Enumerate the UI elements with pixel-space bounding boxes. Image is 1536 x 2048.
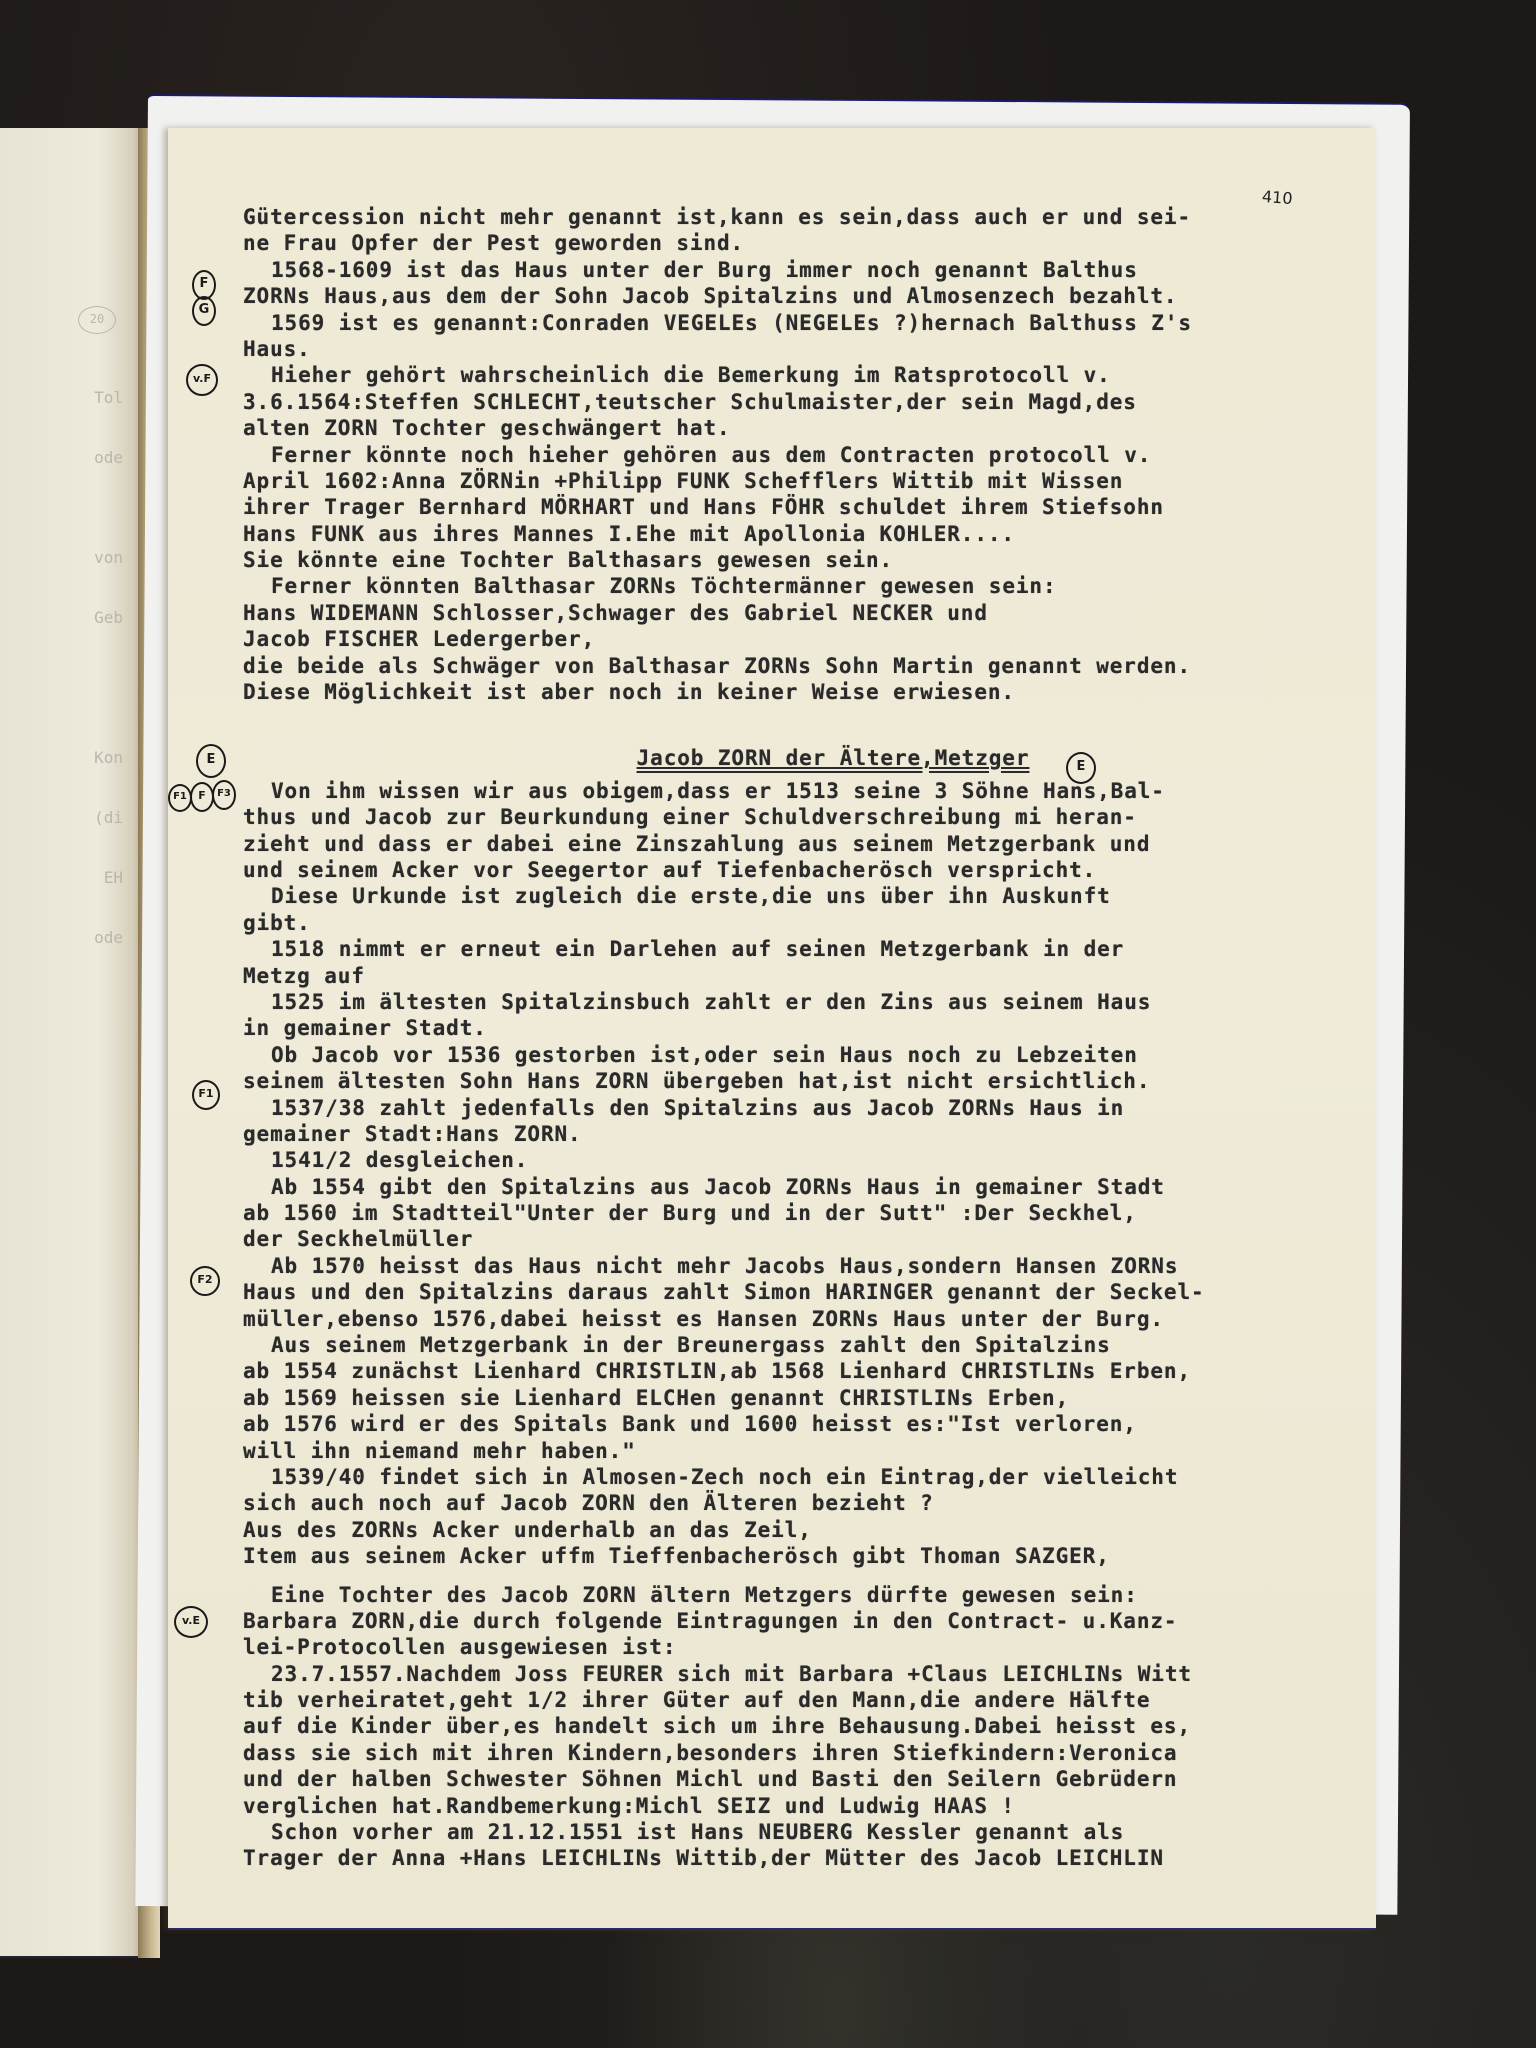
- text-line: Aus des ZORNs Acker underhalb an das Zei…: [243, 1517, 1383, 1543]
- text-line: will ihn niemand mehr haben.": [243, 1438, 1383, 1464]
- text-line: der Seckhelmüller: [243, 1226, 1383, 1252]
- text-line: seinem ältesten Sohn Hans ZORN übergeben…: [243, 1068, 1383, 1094]
- text-line: zieht und dass er dabei eine Zinszahlung…: [243, 831, 1383, 857]
- text-line: verglichen hat.Randbemerkung:Michl SEIZ …: [243, 1793, 1383, 1819]
- text-line: dass sie sich mit ihren Kindern,besonder…: [243, 1740, 1383, 1766]
- left-facing-page: Tol ode von Geb Kon (di EH ode 20: [0, 128, 145, 1958]
- text-line: 1539/40 findet sich in Almosen-Zech noch…: [243, 1464, 1383, 1490]
- text-line: Trager der Anna +Hans LEICHLINs Wittib,d…: [243, 1845, 1383, 1871]
- text-line: 3.6.1564:Steffen SCHLECHT,teutscher Schu…: [243, 389, 1383, 415]
- margin-mark-f-cluster: F: [190, 782, 214, 812]
- margin-mark-f2: F2: [190, 1266, 220, 1296]
- text-line: 1569 ist es genannt:Conraden VEGELEs (NE…: [243, 310, 1383, 336]
- text-line: ZORNs Haus,aus dem der Sohn Jacob Spital…: [243, 283, 1383, 309]
- text-line: die beide als Schwäger von Balthasar ZOR…: [243, 653, 1383, 679]
- text-line: Aus seinem Metzgerbank in der Breunergas…: [243, 1332, 1383, 1358]
- text-line: Jacob FISCHER Ledergerber,: [243, 626, 1383, 652]
- text-line: 1541/2 desgleichen.: [243, 1147, 1383, 1173]
- text-line: April 1602:Anna ZÖRNin +Philipp FUNK Sch…: [243, 468, 1383, 494]
- text-line: 1525 im ältesten Spitalzinsbuch zahlt er…: [243, 989, 1383, 1015]
- section-heading: Jacob ZORN der Ältere,Metzger: [243, 745, 1383, 771]
- left-page-circle-mark: 20: [78, 306, 116, 334]
- text-line: Diese Urkunde ist zugleich die erste,die…: [243, 883, 1383, 909]
- margin-mark-e-heading: E: [196, 744, 226, 778]
- text-line: Haus und den Spitalzins daraus zahlt Sim…: [243, 1279, 1383, 1305]
- text-line: Haus.: [243, 336, 1383, 362]
- text-line: und seinem Acker vor Seegertor auf Tiefe…: [243, 857, 1383, 883]
- text-line: Gütercession nicht mehr genannt ist,kann…: [243, 204, 1383, 230]
- text-line: Eine Tochter des Jacob ZORN ältern Metzg…: [243, 1582, 1383, 1608]
- text-line: ab 1576 wird er des Spitals Bank und 160…: [243, 1411, 1383, 1437]
- text-line: Sie könnte eine Tochter Balthasars gewes…: [243, 547, 1383, 573]
- text-line: Hieher gehört wahrscheinlich die Bemerku…: [243, 362, 1383, 388]
- left-page-bleed-text: Tol ode von Geb Kon (di EH ode: [84, 348, 123, 988]
- text-line: ne Frau Opfer der Pest geworden sind.: [243, 230, 1383, 256]
- text-line: und der halben Schwester Söhnen Michl un…: [243, 1766, 1383, 1792]
- text-line: Ferner könnte noch hieher gehören aus de…: [243, 442, 1383, 468]
- text-line: ab 1569 heissen sie Lienhard ELCHen gena…: [243, 1385, 1383, 1411]
- margin-mark-ve: v.E: [174, 1606, 208, 1638]
- text-line: Ferner könnten Balthasar ZORNs Töchtermä…: [243, 573, 1383, 599]
- text-line: lei-Protocollen ausgewiesen ist:: [243, 1634, 1383, 1660]
- text-line: ab 1560 im Stadtteil"Unter der Burg und …: [243, 1200, 1383, 1226]
- text-line: müller,ebenso 1576,dabei heisst es Hanse…: [243, 1306, 1383, 1332]
- margin-mark-f3-cluster: F3: [212, 780, 236, 810]
- margin-mark-f1-cluster: F1: [168, 784, 192, 812]
- text-line: 1518 nimmt er erneut ein Darlehen auf se…: [243, 936, 1383, 962]
- document-body: Gütercession nicht mehr genannt ist,kann…: [243, 204, 1383, 1872]
- text-line: Hans WIDEMANN Schlosser,Schwager des Gab…: [243, 600, 1383, 626]
- text-line: alten ZORN Tochter geschwängert hat.: [243, 415, 1383, 441]
- margin-mark-g: G: [192, 296, 216, 326]
- margin-mark-f1: F1: [192, 1080, 220, 1110]
- text-line: Metzg auf: [243, 963, 1383, 989]
- text-line: 23.7.1557.Nachdem Joss FEURER sich mit B…: [243, 1661, 1383, 1687]
- text-line: Hans FUNK aus ihres Mannes I.Ehe mit Apo…: [243, 521, 1383, 547]
- text-line: ab 1554 zunächst Lienhard CHRISTLIN,ab 1…: [243, 1358, 1383, 1384]
- text-line: thus und Jacob zur Beurkundung einer Sch…: [243, 804, 1383, 830]
- text-line: Ab 1570 heisst das Haus nicht mehr Jacob…: [243, 1253, 1383, 1279]
- text-line: tib verheiratet,geht 1/2 ihrer Güter auf…: [243, 1687, 1383, 1713]
- text-line: 1568-1609 ist das Haus unter der Burg im…: [243, 257, 1383, 283]
- text-line: Von ihm wissen wir aus obigem,dass er 15…: [243, 778, 1383, 804]
- text-line: Diese Möglichkeit ist aber noch in keine…: [243, 679, 1383, 705]
- text-line: ihrer Trager Bernhard MÖRHART und Hans F…: [243, 494, 1383, 520]
- text-line: Ob Jacob vor 1536 gestorben ist,oder sei…: [243, 1042, 1383, 1068]
- text-line: gemainer Stadt:Hans ZORN.: [243, 1121, 1383, 1147]
- margin-mark-vf: v.F: [186, 364, 218, 396]
- text-line: Schon vorher am 21.12.1551 ist Hans NEUB…: [243, 1819, 1383, 1845]
- text-line: 1537/38 zahlt jedenfalls den Spitalzins …: [243, 1095, 1383, 1121]
- text-line: auf die Kinder über,es handelt sich um i…: [243, 1713, 1383, 1739]
- text-line: Ab 1554 gibt den Spitalzins aus Jacob ZO…: [243, 1174, 1383, 1200]
- text-line: gibt.: [243, 910, 1383, 936]
- text-line: sich auch noch auf Jacob ZORN den Ältere…: [243, 1490, 1383, 1516]
- text-line: in gemainer Stadt.: [243, 1015, 1383, 1041]
- text-line: Barbara ZORN,die durch folgende Eintragu…: [243, 1608, 1383, 1634]
- text-line: Item aus seinem Acker uffm Tieffenbacher…: [243, 1543, 1383, 1569]
